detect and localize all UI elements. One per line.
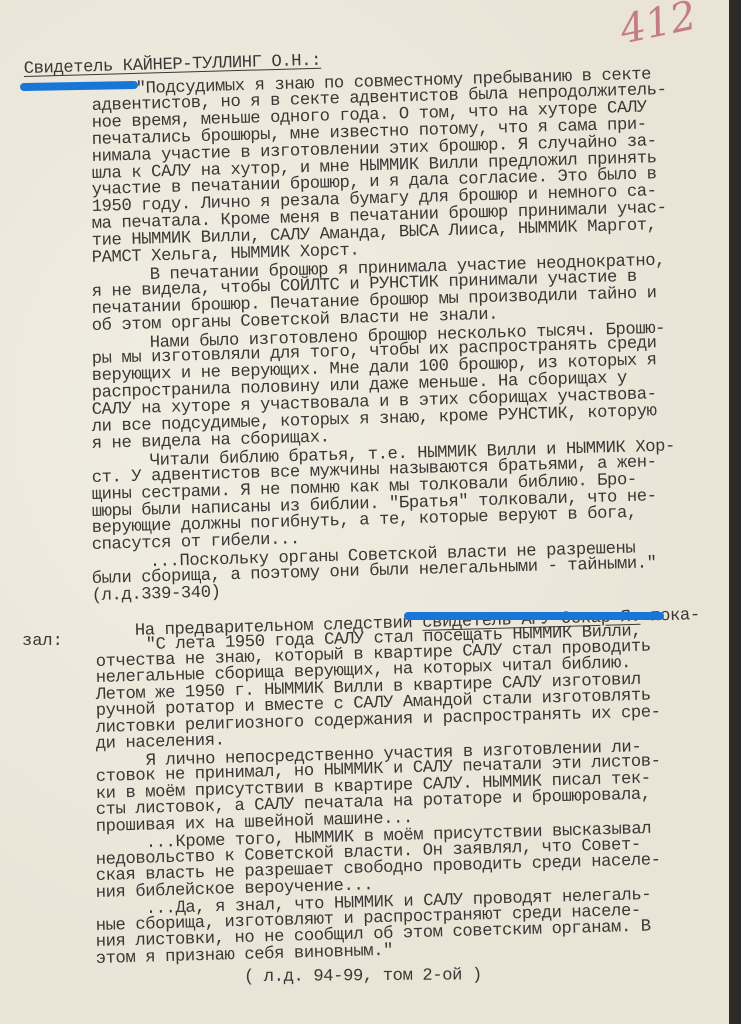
witness1-heading: Свидетель КАЙНЕР-ТУЛЛИНГ О.Н.: bbox=[23, 52, 321, 79]
margin-label: зал: bbox=[22, 632, 63, 651]
witness2-reference: ( л.д. 94-99, том 2-ой ) bbox=[244, 966, 482, 987]
highlight-marker-2 bbox=[404, 612, 664, 620]
page-number-stamp: 412 bbox=[616, 0, 700, 53]
highlight-marker-1 bbox=[20, 81, 138, 91]
page-edge-shadow bbox=[729, 0, 741, 1024]
document-page: 412 Свидетель КАЙНЕР-ТУЛЛИНГ О.Н.: "Подс… bbox=[0, 0, 729, 1024]
